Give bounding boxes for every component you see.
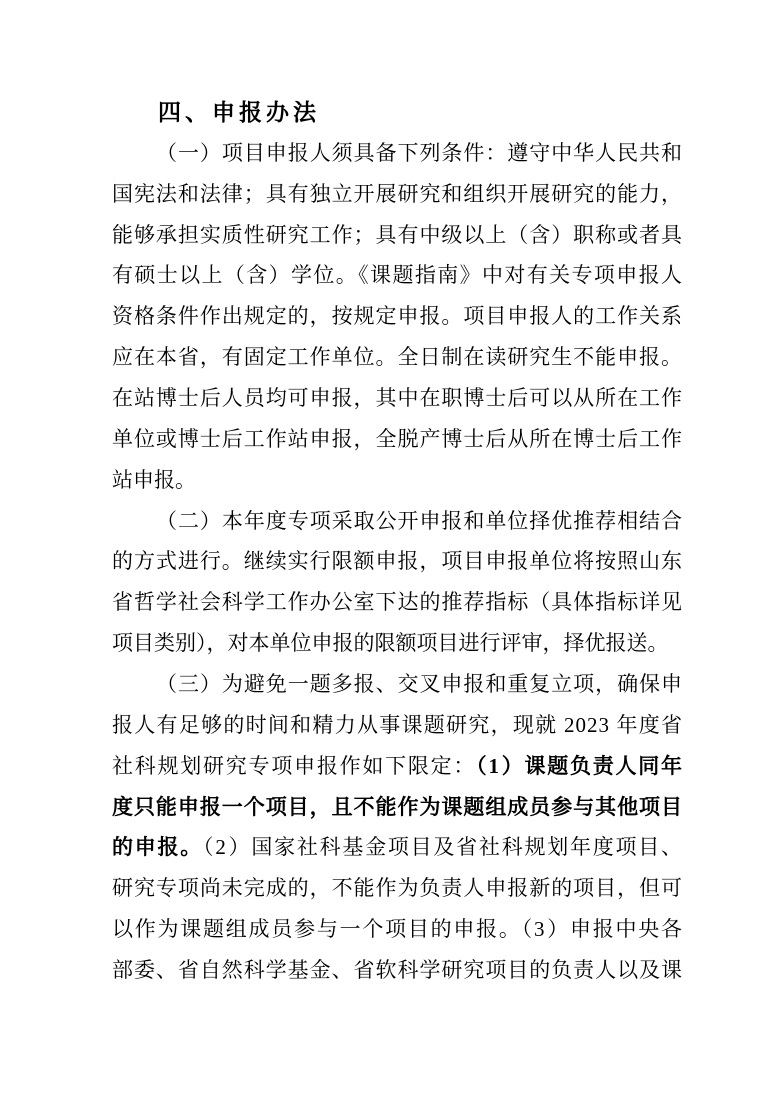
- text-line: 部委、省自然科学基金、省软科学研究项目的负责人以及课: [112, 950, 682, 991]
- document-body: （一）项目申报人须具备下列条件：遵守中华人民共和国宪法和法律；具有独立开展研究和…: [112, 133, 682, 991]
- text-segment: 能够承担实质性研究工作；具有中级以上（含）职称或者具: [112, 223, 682, 247]
- text-line: 资格条件作出规定的，按规定申报。项目申报人的工作关系: [112, 296, 682, 337]
- bold-text-segment: 的申报。: [112, 835, 203, 859]
- document-content: 四、申报办法 （一）项目申报人须具备下列条件：遵守中华人民共和国宪法和法律；具有…: [112, 92, 682, 991]
- text-line: 应在本省，有固定工作单位。全日制在读研究生不能申报。: [112, 337, 682, 378]
- section-heading: 四、申报办法: [112, 92, 682, 133]
- text-line: 单位或博士后工作站申报，全脱产博士后从所在博士后工作: [112, 419, 682, 460]
- para-2-quota-recommendation: （二）本年度专项采取公开申报和单位择优推荐相结合的方式进行。继续实行限额申报，项…: [112, 501, 682, 664]
- text-segment: 站申报。: [112, 468, 196, 492]
- text-segment: 单位或博士后工作站申报，全脱产博士后从所在博士后工作: [112, 427, 682, 451]
- text-segment: ）国家社科基金项目及省社科规划年度项目、: [227, 835, 682, 859]
- document-page: 四、申报办法 （一）项目申报人须具备下列条件：遵守中华人民共和国宪法和法律；具有…: [0, 0, 778, 1106]
- para-1-applicant-requirements: （一）项目申报人须具备下列条件：遵守中华人民共和国宪法和法律；具有独立开展研究和…: [112, 133, 682, 501]
- text-segment: 社科规划研究专项申报作如下限定：: [112, 754, 476, 778]
- bold-text-segment: （: [476, 754, 488, 778]
- text-line: 项目类别），对本单位申报的限额项目进行评审，择优报送。: [112, 623, 682, 664]
- text-line: 省哲学社会科学工作办公室下达的推荐指标（具体指标详见: [112, 582, 682, 623]
- text-line: 研究专项尚未完成的，不能作为负责人申报新的项目，但可: [112, 868, 682, 909]
- text-segment: ）申报中央各: [545, 917, 682, 941]
- text-segment: （: [203, 835, 215, 859]
- text-segment: 年度省: [610, 713, 682, 737]
- text-segment: 2023: [564, 713, 610, 737]
- text-segment: 3: [534, 917, 546, 941]
- text-segment: （一）项目申报人须具备下列条件：遵守中华人民共和: [156, 141, 682, 165]
- text-line: 报人有足够的时间和精力从事课题研究，现就 2023 年度省: [112, 705, 682, 746]
- text-line: 社科规划研究专项申报作如下限定：（1）课题负责人同年: [112, 746, 682, 787]
- text-segment: 的方式进行。继续实行限额申报，项目申报单位将按照山东: [112, 549, 682, 573]
- text-segment: 报人有足够的时间和精力从事课题研究，现就: [112, 713, 564, 737]
- bold-text-segment: 1: [488, 754, 500, 778]
- text-segment: （二）本年度专项采取公开申报和单位择优推荐相结合: [156, 509, 682, 533]
- text-line: 有硕士以上（含）学位。《课题指南》中对有关专项申报人: [112, 255, 682, 296]
- text-line: 以作为课题组成员参与一个项目的申报。（3）申报中央各: [112, 909, 682, 950]
- text-segment: 有硕士以上（含）学位。《课题指南》中对有关专项申报人: [112, 263, 682, 287]
- text-line: 国宪法和法律；具有独立开展研究和组织开展研究的能力，: [112, 174, 682, 215]
- text-segment: 研究专项尚未完成的，不能作为负责人申报新的项目，但可: [112, 876, 682, 900]
- text-segment: 国宪法和法律；具有独立开展研究和组织开展研究的能力，: [112, 182, 682, 206]
- text-segment: 部委、省自然科学基金、省软科学研究项目的负责人以及课: [112, 958, 682, 982]
- para-3-application-restrictions: （三）为避免一题多报、交叉申报和重复立项，确保申报人有足够的时间和精力从事课题研…: [112, 664, 682, 991]
- text-line: 度只能申报一个项目，且不能作为课题组成员参与其他项目: [112, 787, 682, 828]
- text-line: 站申报。: [112, 460, 682, 501]
- bold-text-segment: ）课题负责人同年: [500, 754, 682, 778]
- text-segment: （三）为避免一题多报、交叉申报和重复立项，确保申: [156, 672, 682, 696]
- text-line: 能够承担实质性研究工作；具有中级以上（含）职称或者具: [112, 215, 682, 256]
- text-segment: 项目类别），对本单位申报的限额项目进行评审，择优报送。: [112, 631, 669, 655]
- text-segment: 以作为课题组成员参与一个项目的申报。（: [112, 917, 534, 941]
- text-line: 的申报。（2）国家社科基金项目及省社科规划年度项目、: [112, 827, 682, 868]
- text-line: （二）本年度专项采取公开申报和单位择优推荐相结合: [112, 501, 682, 542]
- text-segment: 2: [215, 835, 227, 859]
- text-segment: 在站博士后人员均可申报，其中在职博士后可以从所在工作: [112, 386, 682, 410]
- bold-text-segment: 度只能申报一个项目，且不能作为课题组成员参与其他项目: [112, 795, 682, 819]
- text-line: 在站博士后人员均可申报，其中在职博士后可以从所在工作: [112, 378, 682, 419]
- text-segment: 省哲学社会科学工作办公室下达的推荐指标（具体指标详见: [112, 590, 682, 614]
- text-line: （一）项目申报人须具备下列条件：遵守中华人民共和: [112, 133, 682, 174]
- text-line: （三）为避免一题多报、交叉申报和重复立项，确保申: [112, 664, 682, 705]
- text-segment: 应在本省，有固定工作单位。全日制在读研究生不能申报。: [112, 345, 682, 369]
- text-segment: 资格条件作出规定的，按规定申报。项目申报人的工作关系: [112, 304, 682, 328]
- text-line: 的方式进行。继续实行限额申报，项目申报单位将按照山东: [112, 541, 682, 582]
